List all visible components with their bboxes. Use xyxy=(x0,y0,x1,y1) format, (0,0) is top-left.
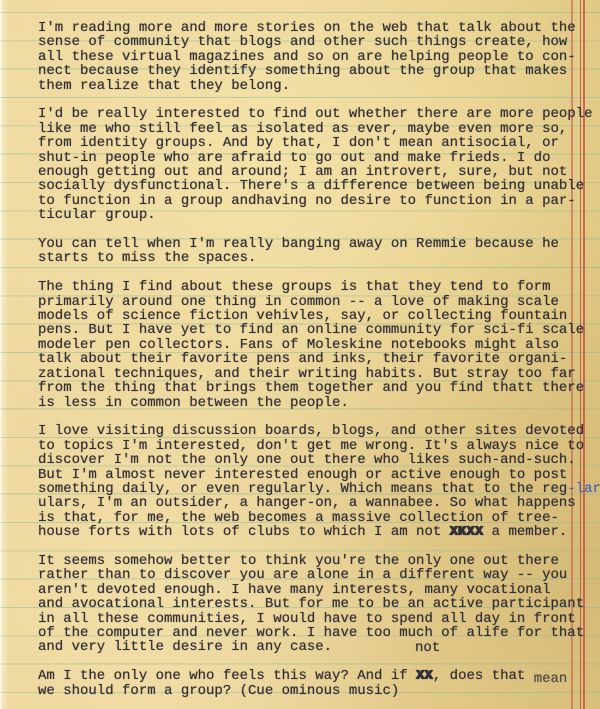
text-run: , does that xyxy=(433,668,534,684)
text-run: we should form a group? (Cue ominous mus… xyxy=(38,683,399,699)
paragraph-groups-in-common: The thing I find about these groups is t… xyxy=(38,280,600,410)
paragraph-outsider: I love visiting discussion boards, blogs… xyxy=(38,424,600,539)
struck-out-word-2: XX xyxy=(416,668,433,684)
paragraph-isolated: I'd be really interested to find out whe… xyxy=(38,107,600,222)
page-left-edge xyxy=(0,0,3,709)
paragraph-remmie: You can tell when I'm really banging awa… xyxy=(38,237,600,266)
paper-sheet: I'm reading more and more stories on the… xyxy=(0,0,600,709)
paragraph-closing-question: Am I the only one who feels this way? An… xyxy=(38,669,600,698)
offset-word-mean: mean xyxy=(534,671,568,687)
struck-out-word: XKXX xyxy=(450,524,484,540)
paragraph-web-community: I'm reading more and more stories on the… xyxy=(38,21,600,93)
text-run: a member. xyxy=(483,524,567,540)
interlinear-insertion-not: not xyxy=(415,641,440,655)
text-run: I love visiting discussion boards, blogs… xyxy=(38,423,584,497)
typewritten-text: I'm reading more and more stories on the… xyxy=(38,21,600,698)
paragraph-devoted-enough: It seems somehow better to think you're … xyxy=(38,554,600,655)
